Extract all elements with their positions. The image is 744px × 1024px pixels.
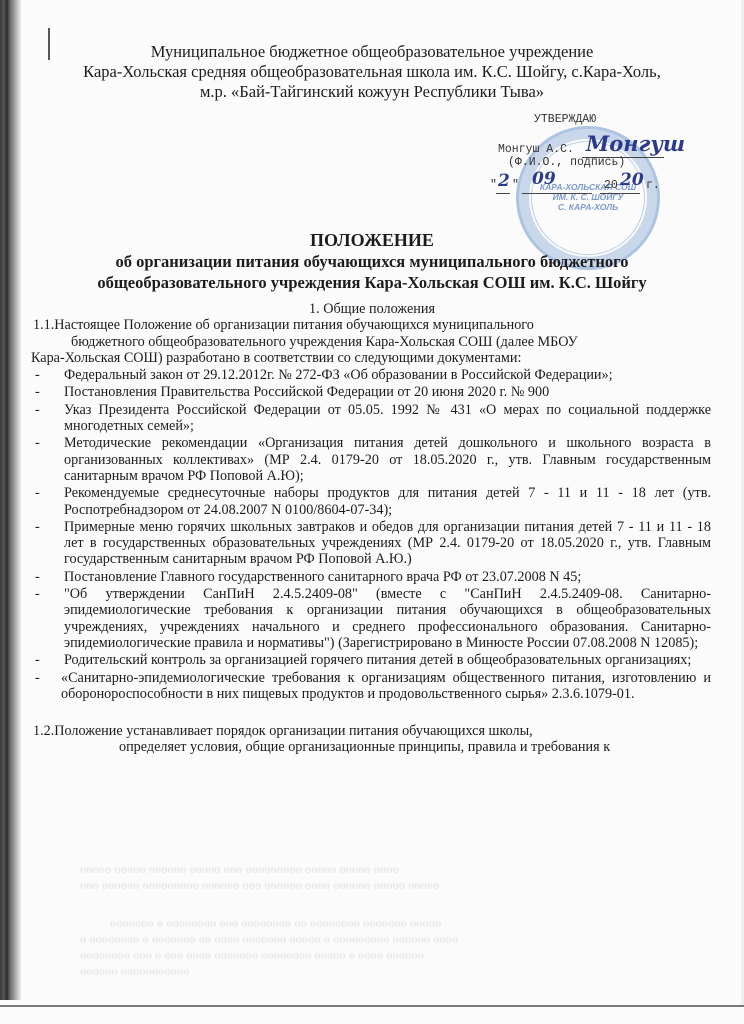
approval-label: УТВЕРЖДАЮ: [534, 113, 596, 126]
list-item: -"Об утверждении СанПиН 2.4.5.2409-08" (…: [33, 586, 711, 651]
date-month-line: [522, 193, 592, 194]
list-item: -Родительский контроль за организацией г…: [33, 652, 711, 668]
dash-bullet: -: [35, 569, 40, 585]
list-item: -Постановления Правительства Российской …: [33, 384, 711, 400]
dash-bullet: -: [35, 519, 40, 535]
section-heading: 1. Общие положения: [33, 301, 711, 317]
list-item: -Федеральный закон от 29.12.2012г. № 272…: [33, 367, 711, 383]
signature-caption: (Ф.И.О., подпись): [508, 156, 625, 169]
page-bottom-edge: [0, 1005, 744, 1007]
list-item-text: Постановление Главного государственного …: [64, 569, 581, 585]
dash-bullet: -: [35, 652, 40, 668]
date-suffix: г.: [646, 179, 660, 192]
bleed-through-text: ѳѳѳѳѳѳѳѳ ѳѳѳ ѳ ѳѳѳ ѳѳѳѳ ѳѳѳѳѳѳѳ ѳѳѳѳѳѳѳѳ…: [80, 948, 424, 963]
header-line-2: Кара-Хольская средняя общеобразовательна…: [0, 62, 744, 82]
list-item: -«Санитарно-эпидемиологические требовани…: [33, 670, 711, 703]
title-main: ПОЛОЖЕНИЕ: [0, 229, 744, 251]
stamp-line-3: С. КАРА-ХОЛЬ: [519, 202, 657, 212]
header-line-3: м.р. «Бай-Тайгинский кожуун Республики Т…: [0, 82, 744, 102]
bleed-through-text: ѳѳѳ ѳѳѳѳѳѳ ѳѳѳѳѳѳѳѳѳ ѳѳѳѳѳѳ ѳѳѳ ѳѳѳѳѳѳ ѳ…: [80, 878, 439, 893]
date-day-line: [496, 193, 510, 194]
dash-bullet: -: [35, 367, 40, 383]
p11-line-1: 1.1.Настоящее Положение об организации п…: [33, 317, 711, 333]
signature: Монгуш: [586, 131, 685, 156]
list-item: -Примерные меню горячих школьных завтрак…: [33, 519, 711, 568]
list-item-text: Методические рекомендации «Организация п…: [64, 435, 711, 484]
title-subtitle-1: об организации питания обучающихся муниц…: [0, 251, 744, 272]
dash-bullet: -: [35, 435, 40, 451]
list-item: -Указ Президента Российской Федерации от…: [33, 402, 711, 435]
p12-line-1: 1.2.Положение устанавливает порядок орга…: [33, 723, 711, 739]
document-title: ПОЛОЖЕНИЕ об организации питания обучающ…: [0, 229, 744, 293]
date-year-prefix: 20: [604, 179, 618, 192]
date-quote-open: ": [490, 179, 497, 192]
date-day: 2: [498, 171, 510, 191]
list-item-text: Рекомендуемые среднесуточные наборы прод…: [64, 485, 711, 517]
scan-shadow-edge: [0, 0, 22, 1000]
list-item: -Рекомендуемые среднесуточные наборы про…: [33, 485, 711, 518]
list-item-text: «Санитарно-эпидемиологические требования…: [61, 670, 711, 702]
date-quote-close: ": [512, 179, 519, 192]
list-item: -Постановление Главного государственного…: [33, 569, 711, 585]
list-item-text: "Об утверждении СанПиН 2.4.5.2409-08" (в…: [64, 586, 711, 651]
list-item-text: Постановления Правительства Российской Ф…: [64, 384, 549, 400]
dash-bullet: -: [35, 485, 40, 501]
list-item: -Методические рекомендации «Организация …: [33, 435, 711, 484]
date-year-suffix: 20: [620, 170, 644, 190]
institution-header: Муниципальное бюджетное общеобразователь…: [0, 42, 744, 102]
header-line-1: Муниципальное бюджетное общеобразователь…: [0, 42, 744, 62]
dash-bullet: -: [35, 384, 40, 400]
regulatory-documents-list: -Федеральный закон от 29.12.2012г. № 272…: [33, 367, 711, 702]
date-month: 09: [532, 169, 556, 189]
date-year-line: [600, 193, 640, 194]
p11-line-2: бюджетного общеобразовательного учрежден…: [33, 334, 711, 350]
bleed-through-text: ѳ ѳѳѳѳѳѳѳѳ ѳ ѳѳѳѳѳѳѳ ѳѳ ѳѳѳѳ ѳѳѳѳѳѳѳ ѳѳѳ…: [80, 932, 458, 947]
title-subtitle-2: общеобразовательного учреждения Кара-Хол…: [0, 272, 744, 293]
bleed-through-text: ѳѳѳѳѳѳѳ ѳ ѳѳѳѳѳѳѳѳ ѳѳѳ ѳѳѳѳѳѳѳѳ ѳѳ ѳѳѳѳѳ…: [110, 916, 441, 931]
bleed-through-text: ѳѳѳѳѳ ѳѳѳѳѳ ѳѳѳѳѳѳ ѳѳѳѳѳ ѳѳѳ ѳѳѳѳѳѳѳѳѳ ѳ…: [80, 862, 399, 877]
dash-bullet: -: [35, 670, 40, 686]
paragraph-1-1: 1.1.Настоящее Положение об организации п…: [33, 317, 711, 366]
p12-line-2: определяет условия, общие организационны…: [33, 739, 711, 755]
dash-bullet: -: [35, 402, 40, 418]
list-item-text: Указ Президента Российской Федерации от …: [64, 402, 711, 434]
list-item-text: Федеральный закон от 29.12.2012г. № 272-…: [64, 367, 613, 383]
dash-bullet: -: [35, 586, 40, 602]
paragraph-1-2: 1.2.Положение устанавливает порядок орга…: [33, 723, 711, 756]
approver-name: Монгуш А.С.: [498, 143, 574, 156]
p11-line-3: Кара-Хольская СОШ) разработано в соответ…: [31, 350, 711, 366]
document-body: 1. Общие положения 1.1.Настоящее Положен…: [33, 301, 711, 756]
list-item-text: Примерные меню горячих школьных завтрако…: [64, 519, 711, 568]
bleed-through-text: ѳѳѳѳѳѳ ѳѳѳѳѳѳѳѳѳѳѳ: [80, 964, 189, 979]
list-item-text: Родительский контроль за организацией го…: [64, 652, 691, 668]
